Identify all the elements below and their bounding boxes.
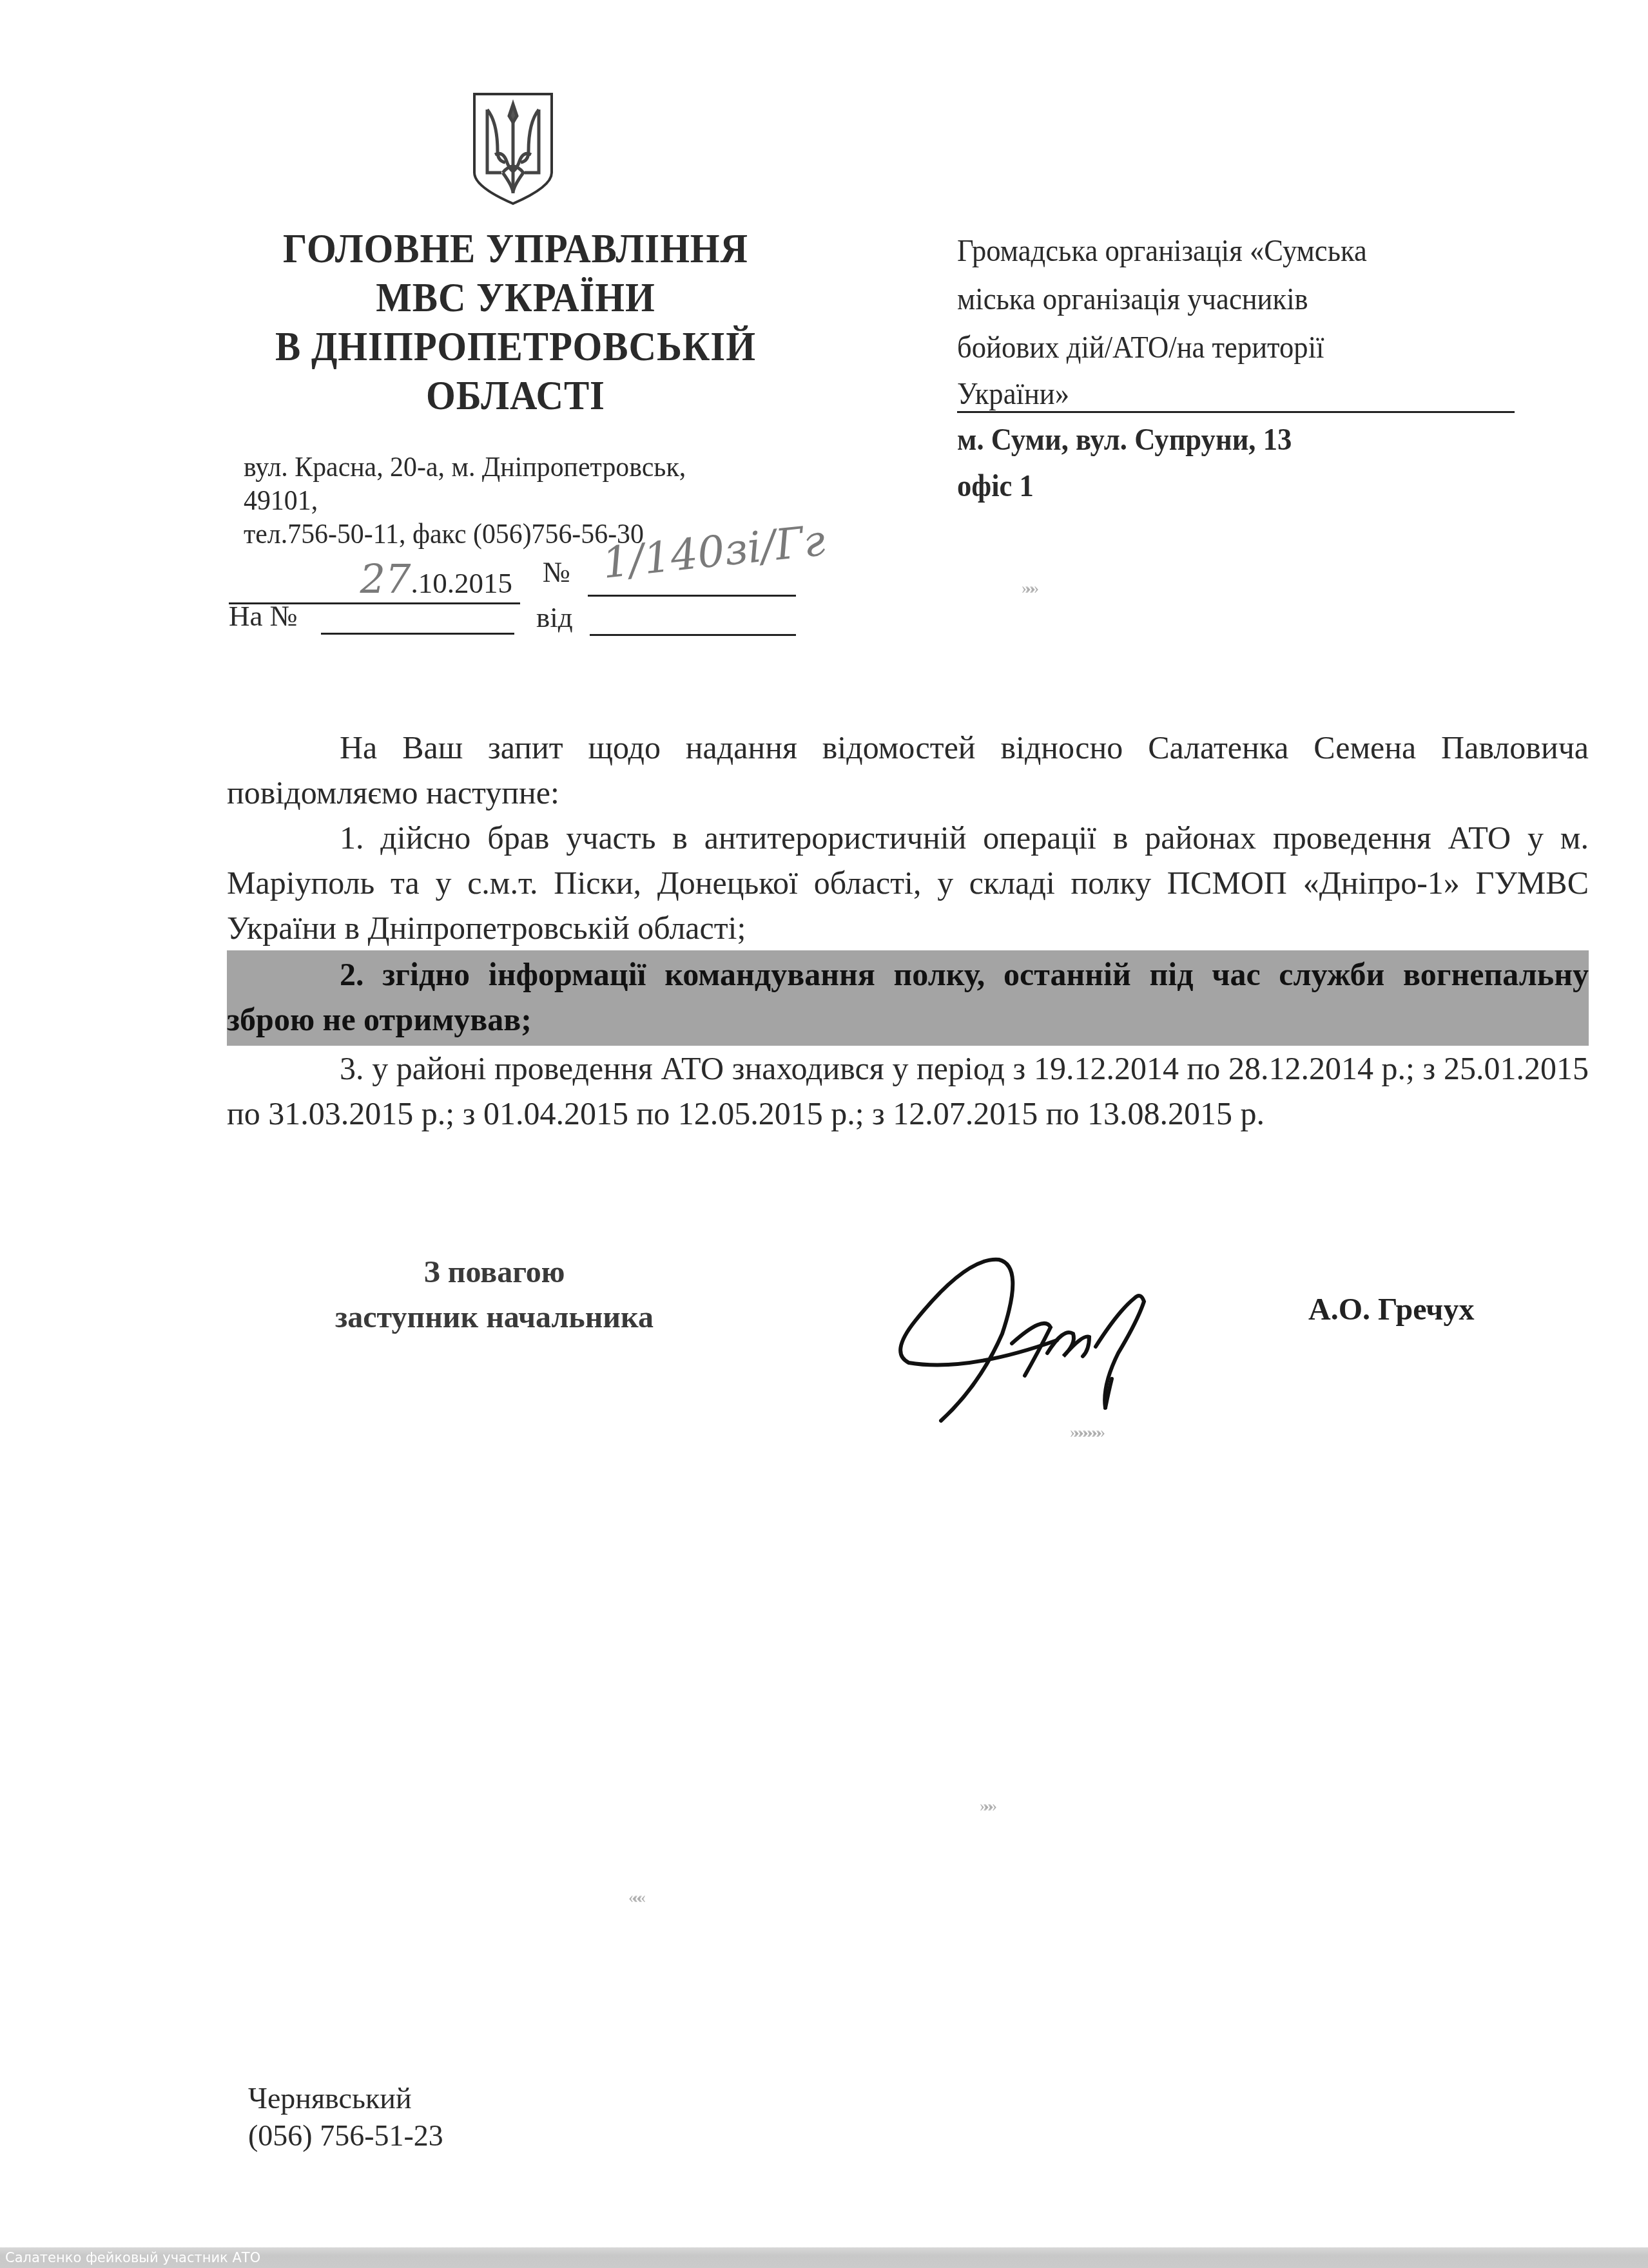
- executor-name: Чернявський: [248, 2080, 443, 2117]
- scan-artifact: »»»»»»»: [1070, 1423, 1101, 1442]
- ref-number-field: [321, 633, 514, 635]
- heading-line: ГОЛОВНЕ УПРАВЛІННЯ: [237, 224, 795, 273]
- image-caption-bar: Салатенко фейковый участник АТО: [0, 2247, 1648, 2268]
- closing-block: З повагою заступник начальника: [335, 1250, 654, 1340]
- ref-date-label: від: [536, 601, 573, 634]
- executor-phone: (056) 756-51-23: [248, 2117, 443, 2155]
- signatory-name: А.О. Гречух: [1308, 1292, 1474, 1327]
- letter-body: На Ваш запит щодо надання відомостей від…: [227, 725, 1589, 1136]
- ukraine-trident-icon: [469, 90, 557, 206]
- scan-artifact: »»»: [980, 1796, 993, 1816]
- issuer-heading: ГОЛОВНЕ УПРАВЛІННЯ МВС УКРАЇНИ В ДНІПРОП…: [213, 224, 819, 420]
- handwritten-signature-icon: [889, 1231, 1341, 1443]
- intro-paragraph: На Ваш запит щодо надання відомостей від…: [227, 725, 1589, 815]
- number-label: №: [543, 555, 570, 589]
- heading-line: МВС УКРАЇНИ: [237, 273, 795, 322]
- addressee-line: Громадська організація «Сумська: [957, 227, 1484, 275]
- addressee-block: Громадська організація «Сумська міська о…: [957, 227, 1524, 510]
- date-printed: .10.2015: [411, 567, 513, 599]
- scan-artifact: »»»: [1022, 579, 1035, 598]
- addressee-divider: [957, 411, 1515, 413]
- address-line: вул. Красна, 20-а, м. Дніпропетровськ,: [244, 450, 686, 483]
- ref-number-label: На №: [229, 599, 298, 633]
- body-item-3: 3. у районі проведення АТО знаходився у …: [227, 1046, 1589, 1136]
- addressee-address: м. Суми, вул. Супруни, 13: [957, 417, 1484, 463]
- address-line: 49101,: [244, 483, 686, 517]
- signatory-position: заступник начальника: [335, 1295, 654, 1340]
- regards-text: З повагою: [335, 1250, 654, 1295]
- scan-artifact: «««: [628, 1888, 642, 1907]
- body-item-1: 1. дійсно брав участь в антитерористичні…: [227, 815, 1589, 950]
- date-day-handwritten: 27: [360, 555, 411, 602]
- heading-line: В ДНІПРОПЕТРОВСЬКІЙ: [237, 322, 795, 371]
- ref-date-field: [590, 634, 796, 636]
- executor-block: Чернявський (056) 756-51-23: [248, 2080, 443, 2155]
- addressee-line: України»: [957, 372, 1484, 417]
- heading-line: ОБЛАСТІ: [237, 371, 795, 420]
- addressee-line: міська організація учасників: [957, 275, 1484, 323]
- addressee-office: офіс 1: [957, 463, 1484, 510]
- outgoing-date-field: 27.10.2015: [229, 555, 520, 604]
- body-item-2-highlighted: 2. згідно інформації командування полку,…: [227, 950, 1589, 1046]
- addressee-line: бойових дій/АТО/на території: [957, 323, 1484, 372]
